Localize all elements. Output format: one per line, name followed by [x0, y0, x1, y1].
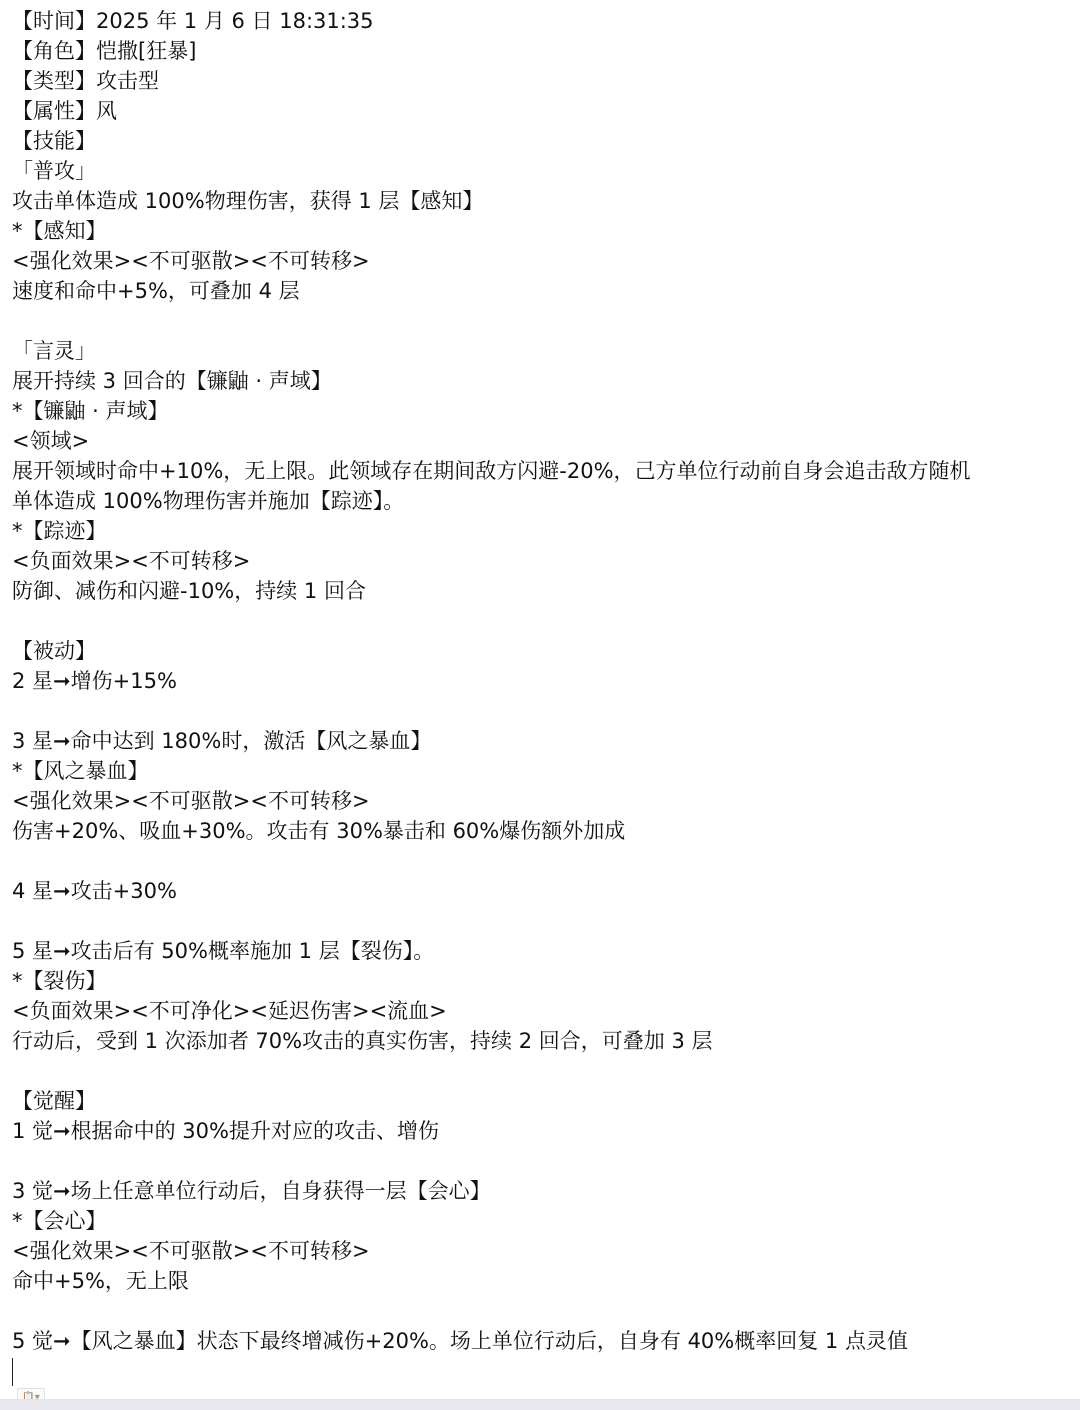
line-crit-tags: <强化效果><不可驱散><不可转移> — [12, 1236, 1080, 1266]
line-perception-desc: 速度和命中+5%，可叠加 4 层 — [12, 276, 1080, 306]
line-awaken-1: 1 觉➞根据命中的 30%提升对应的攻击、增伤 — [12, 1116, 1080, 1146]
line-passive-heading: 【被动】 — [12, 636, 1080, 666]
line-star-4: 4 星➞攻击+30% — [12, 876, 1080, 906]
line-laceration-desc: 行动后，受到 1 次添加者 70%攻击的真实伤害，持续 2 回合，可叠加 3 层 — [12, 1026, 1080, 1056]
line-domain-title: *【镰鼬 · 声域】 — [12, 396, 1080, 426]
bottom-bar — [0, 1399, 1080, 1410]
line-wind-blood-tags: <强化效果><不可驱散><不可转移> — [12, 786, 1080, 816]
line-laceration-tags: <负面效果><不可净化><延迟伤害><流血> — [12, 996, 1080, 1026]
line-blank — [12, 1296, 1080, 1326]
line-normal-attack-title: 「普攻」 — [12, 156, 1080, 186]
line-laceration-title: *【裂伤】 — [12, 966, 1080, 996]
line-crit-title: *【会心】 — [12, 1206, 1080, 1236]
document-body[interactable]: 【时间】2025 年 1 月 6 日 18:31:35 【角色】恺撒[狂暴] 【… — [12, 6, 1080, 1356]
line-perception-title: *【感知】 — [12, 216, 1080, 246]
line-wind-blood-desc: 伤害+20%、吸血+30%。攻击有 30%暴击和 60%爆伤额外加成 — [12, 816, 1080, 846]
line-yanling-desc: 展开持续 3 回合的【镰鼬 · 声域】 — [12, 366, 1080, 396]
line-blank — [12, 696, 1080, 726]
line-star-5: 5 星➞攻击后有 50%概率施加 1 层【裂伤】。 — [12, 936, 1080, 966]
line-blank — [12, 1056, 1080, 1086]
line-type: 【类型】攻击型 — [12, 66, 1080, 96]
line-skills-heading: 【技能】 — [12, 126, 1080, 156]
line-blank — [12, 1146, 1080, 1176]
line-star-3: 3 星➞命中达到 180%时，激活【风之暴血】 — [12, 726, 1080, 756]
line-attribute: 【属性】风 — [12, 96, 1080, 126]
line-trace-desc: 防御、减伤和闪避-10%，持续 1 回合 — [12, 576, 1080, 606]
line-star-2: 2 星➞增伤+15% — [12, 666, 1080, 696]
line-normal-attack-desc: 攻击单体造成 100%物理伤害，获得 1 层【感知】 — [12, 186, 1080, 216]
line-crit-desc: 命中+5%，无上限 — [12, 1266, 1080, 1296]
line-blank — [12, 906, 1080, 936]
line-character: 【角色】恺撒[狂暴] — [12, 36, 1080, 66]
line-awaken-5: 5 觉➞【风之暴血】状态下最终增减伤+20%。场上单位行动后，自身有 40%概率… — [12, 1326, 1080, 1356]
line-time: 【时间】2025 年 1 月 6 日 18:31:35 — [12, 6, 1080, 36]
line-domain-desc-1: 展开领域时命中+10%，无上限。此领域存在期间敌方闪避-20%，己方单位行动前自… — [12, 456, 1080, 486]
line-awakening-heading: 【觉醒】 — [12, 1086, 1080, 1116]
line-wind-blood-title: *【风之暴血】 — [12, 756, 1080, 786]
line-domain-desc-2: 单体造成 100%物理伤害并施加【踪迹】。 — [12, 486, 1080, 516]
line-blank — [12, 306, 1080, 336]
line-trace-title: *【踪迹】 — [12, 516, 1080, 546]
line-yanling-title: 「言灵」 — [12, 336, 1080, 366]
line-blank — [12, 606, 1080, 636]
line-domain-tags: <领域> — [12, 426, 1080, 456]
text-cursor — [12, 1358, 13, 1386]
line-awaken-3: 3 觉➞场上任意单位行动后，自身获得一层【会心】 — [12, 1176, 1080, 1206]
line-perception-tags: <强化效果><不可驱散><不可转移> — [12, 246, 1080, 276]
line-blank — [12, 846, 1080, 876]
line-trace-tags: <负面效果><不可转移> — [12, 546, 1080, 576]
